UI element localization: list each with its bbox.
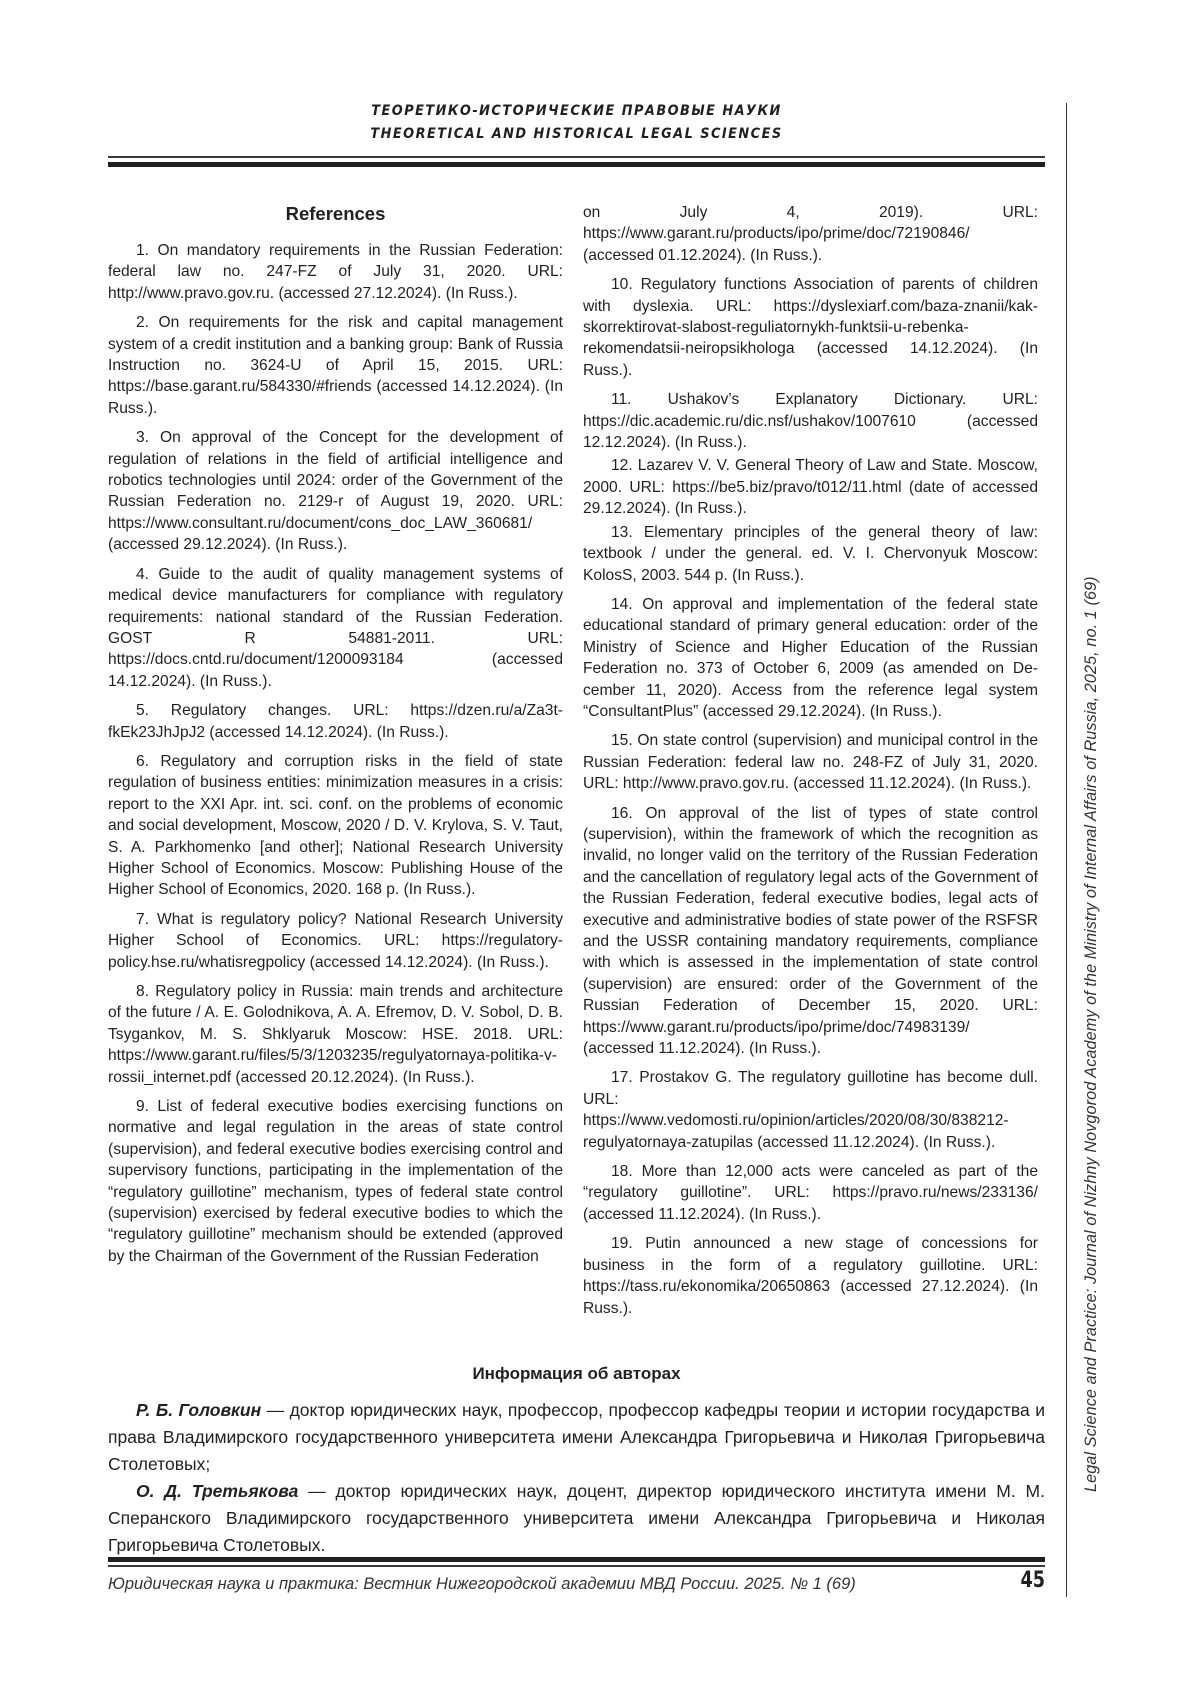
reference-item: 3. On approval of the Concept for the de…: [108, 427, 563, 555]
reference-item: 11. Ushakov’s Explanatory Dictionary. UR…: [583, 389, 1038, 453]
running-head: ТЕОРЕТИКО-ИСТОРИЧЕСКИЕ ПРАВОВЫЕ НАУКИ TH…: [145, 100, 1007, 146]
reference-item: 1. On mandatory requirements in the Russ…: [108, 240, 563, 304]
page-number: 45: [1011, 1568, 1045, 1593]
reference-item: 14. On approval and implementation of th…: [583, 594, 1038, 722]
reference-item: 7. What is regulatory policy? National R…: [108, 909, 563, 973]
reference-item: 18. More than 12,000 acts were canceled …: [583, 1161, 1038, 1225]
author-name: О. Д. Третьякова: [136, 1481, 298, 1501]
section-title-en: THEORETICAL AND HISTORICAL LEGAL SCIENCE…: [145, 123, 1007, 146]
reference-item: 6. Regulatory and corruption risks in th…: [108, 751, 563, 901]
reference-item: 13. Elementary principles of the general…: [583, 522, 1038, 586]
reference-item: 16. On approval of the list of types of …: [583, 803, 1038, 1060]
margin-divider: [1066, 103, 1067, 1597]
header-rule-thin: [108, 156, 1045, 158]
reference-item: 4. Guide to the audit of quality managem…: [108, 564, 563, 692]
author-entry: О. Д. Третьякова — доктор юридических на…: [108, 1478, 1045, 1559]
footer-journal-title: Юридическая наука и практика: Вестник Ни…: [108, 1575, 938, 1594]
reference-item: 8. Regulatory policy in Russia: main tre…: [108, 981, 563, 1088]
reference-item: 19. Putin announced a new stage of conce…: [583, 1233, 1038, 1319]
reference-item: 17. Prostakov G. The regulatory guilloti…: [583, 1067, 1038, 1153]
reference-item: 15. On state control (supervision) and m…: [583, 730, 1038, 794]
references-left-column: References 1. On mandatory requirements …: [108, 200, 563, 1275]
references-right-column: on July 4, 2019). URL: https://www.garan…: [583, 202, 1038, 1327]
reference-item: 12. Lazarev V. V. General Theory of Law …: [583, 455, 1038, 519]
reference-item: 9. List of federal executive bodies exer…: [108, 1096, 563, 1267]
section-title-ru: ТЕОРЕТИКО-ИСТОРИЧЕСКИЕ ПРАВОВЫЕ НАУКИ: [145, 100, 1007, 123]
references-title: References: [108, 202, 563, 226]
side-journal-title: Legal Science and Practice: Journal of N…: [1082, 576, 1101, 1492]
reference-item: 10. Regulatory functions Association of …: [583, 274, 1038, 381]
authors-section: Информация об авторах Р. Б. Головкин — д…: [108, 1360, 1045, 1559]
reference-item: 5. Regulatory changes. URL: https://dzen…: [108, 700, 563, 743]
reference-item: 2. On requirements for the risk and capi…: [108, 312, 563, 419]
footer-rule-thin: [108, 1565, 1045, 1567]
footer-rule-thick: [108, 1557, 1045, 1562]
author-name: Р. Б. Головкин: [136, 1400, 261, 1420]
authors-title: Информация об авторах: [108, 1360, 1045, 1387]
author-entry: Р. Б. Головкин — доктор юридических наук…: [108, 1397, 1045, 1478]
reference-item-continuation: on July 4, 2019). URL: https://www.garan…: [583, 202, 1038, 266]
header-rule-thick: [108, 162, 1045, 167]
